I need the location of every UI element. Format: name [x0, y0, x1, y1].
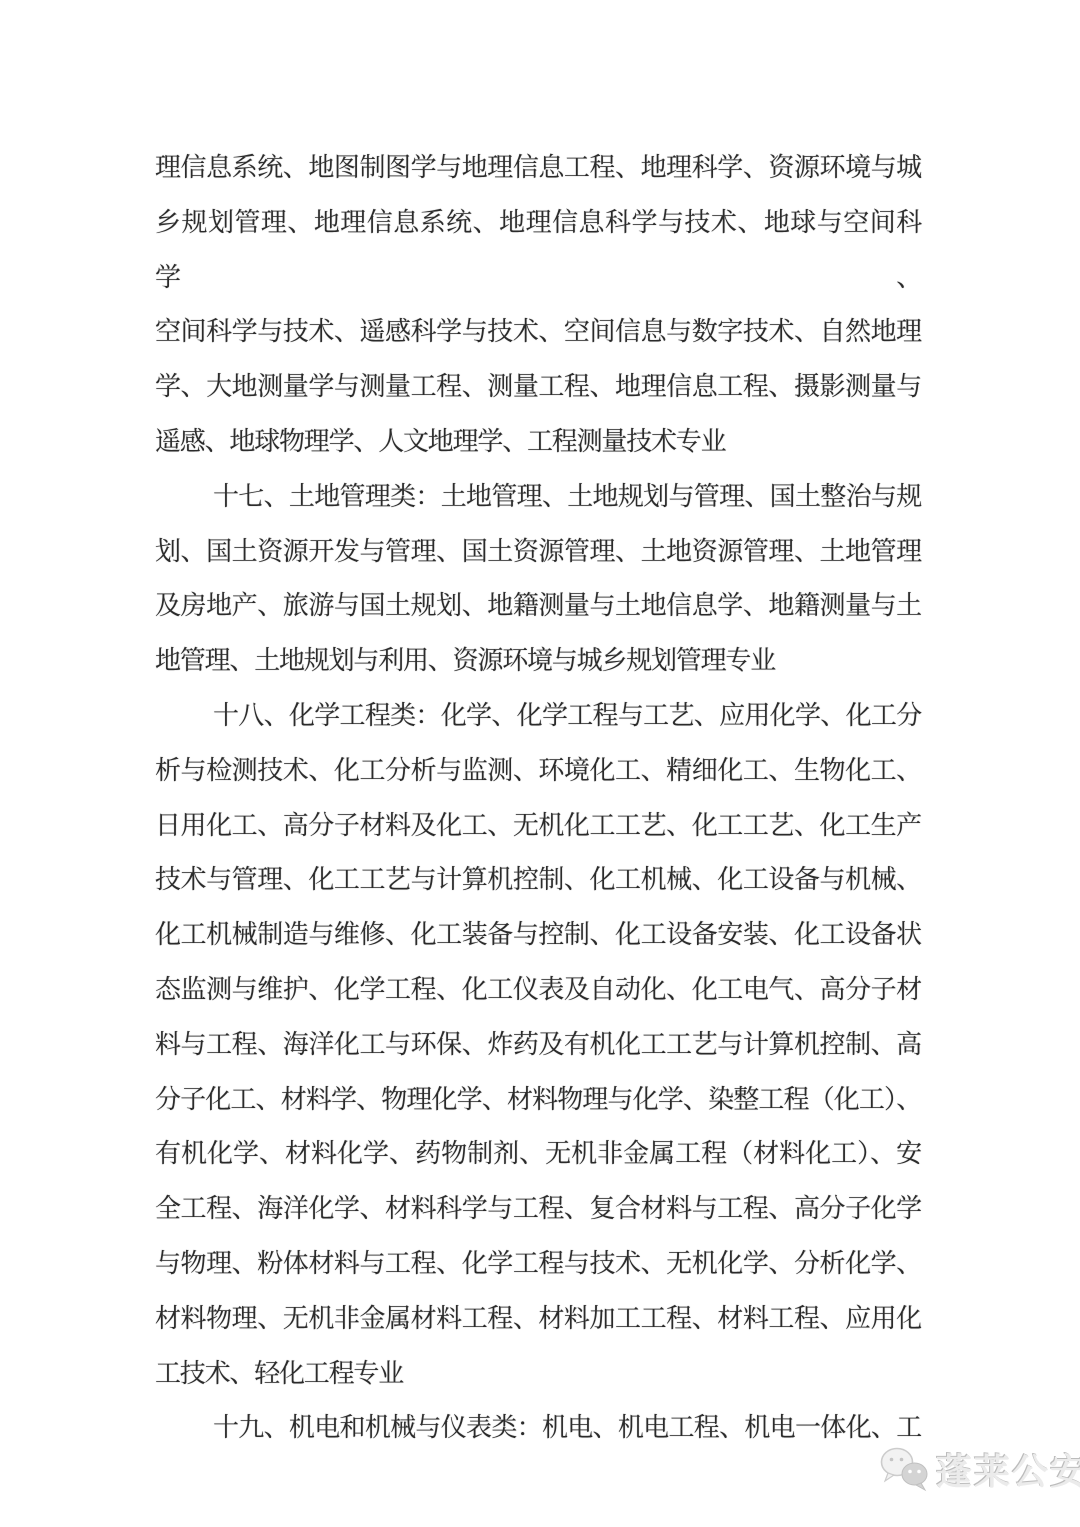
- text-line: 化工机械制造与维修、化工装备与控制、化工设备安装、化工设备状: [155, 908, 921, 963]
- text-line: 全工程、海洋化学、材料科学与工程、复合材料与工程、高分子化学: [155, 1182, 921, 1237]
- text-line: 分子化工、材料学、物理化学、材料物理与化学、染整工程（化工）、: [155, 1073, 921, 1128]
- text-line: 技术与管理、化工工艺与计算机控制、化工机械、化工设备与机械、: [155, 853, 921, 908]
- text-line: 乡规划管理、地理信息系统、地理信息科学与技术、地球与空间科学、: [155, 196, 921, 306]
- text-line: 十八、化学工程类：化学、化学工程与工艺、应用化学、化工分: [155, 689, 921, 744]
- text-line: 遥感、地球物理学、人文地理学、工程测量技术专业: [155, 415, 921, 470]
- text-line: 与物理、粉体材料与工程、化学工程与技术、无机化学、分析化学、: [155, 1237, 921, 1292]
- text-line: 工技术、轻化工程专业: [155, 1347, 921, 1402]
- text-line: 空间科学与技术、遥感科学与技术、空间信息与数字技术、自然地理: [155, 305, 921, 360]
- text-line: 十七、土地管理类：土地管理、土地规划与管理、国土整治与规: [155, 470, 921, 525]
- document-page: 理信息系统、地图制图学与地理信息工程、地理科学、资源环境与城乡规划管理、地理信息…: [0, 0, 1080, 1527]
- wechat-watermark: 蓬莱公安: [878, 1444, 1080, 1495]
- document-text-block: 理信息系统、地图制图学与地理信息工程、地理科学、资源环境与城乡规划管理、地理信息…: [155, 141, 921, 1456]
- text-line: 十九、机电和机械与仪表类：机电、机电工程、机电一体化、工: [155, 1401, 921, 1456]
- text-line: 日用化工、高分子材料及化工、无机化工工艺、化工工艺、化工生产: [155, 799, 921, 854]
- text-line: 态监测与维护、化学工程、化工仪表及自动化、化工电气、高分子材: [155, 963, 921, 1018]
- text-line: 学、大地测量学与测量工程、测量工程、地理信息工程、摄影测量与: [155, 360, 921, 415]
- watermark-label: 蓬莱公安: [936, 1444, 1080, 1495]
- text-line: 及房地产、旅游与国土规划、地籍测量与土地信息学、地籍测量与土: [155, 579, 921, 634]
- text-line: 析与检测技术、化工分析与监测、环境化工、精细化工、生物化工、: [155, 744, 921, 799]
- text-line: 划、国土资源开发与管理、国土资源管理、土地资源管理、土地管理: [155, 525, 921, 580]
- text-line: 材料物理、无机非金属材料工程、材料加工工程、材料工程、应用化: [155, 1292, 921, 1347]
- text-line: 有机化学、材料化学、药物制剂、无机非金属工程（材料化工）、安: [155, 1127, 921, 1182]
- wechat-icon: [878, 1445, 932, 1495]
- text-line: 料与工程、海洋化工与环保、炸药及有机化工工艺与计算机控制、高: [155, 1018, 921, 1073]
- text-line: 理信息系统、地图制图学与地理信息工程、地理科学、资源环境与城: [155, 141, 921, 196]
- text-line: 地管理、土地规划与利用、资源环境与城乡规划管理专业: [155, 634, 921, 689]
